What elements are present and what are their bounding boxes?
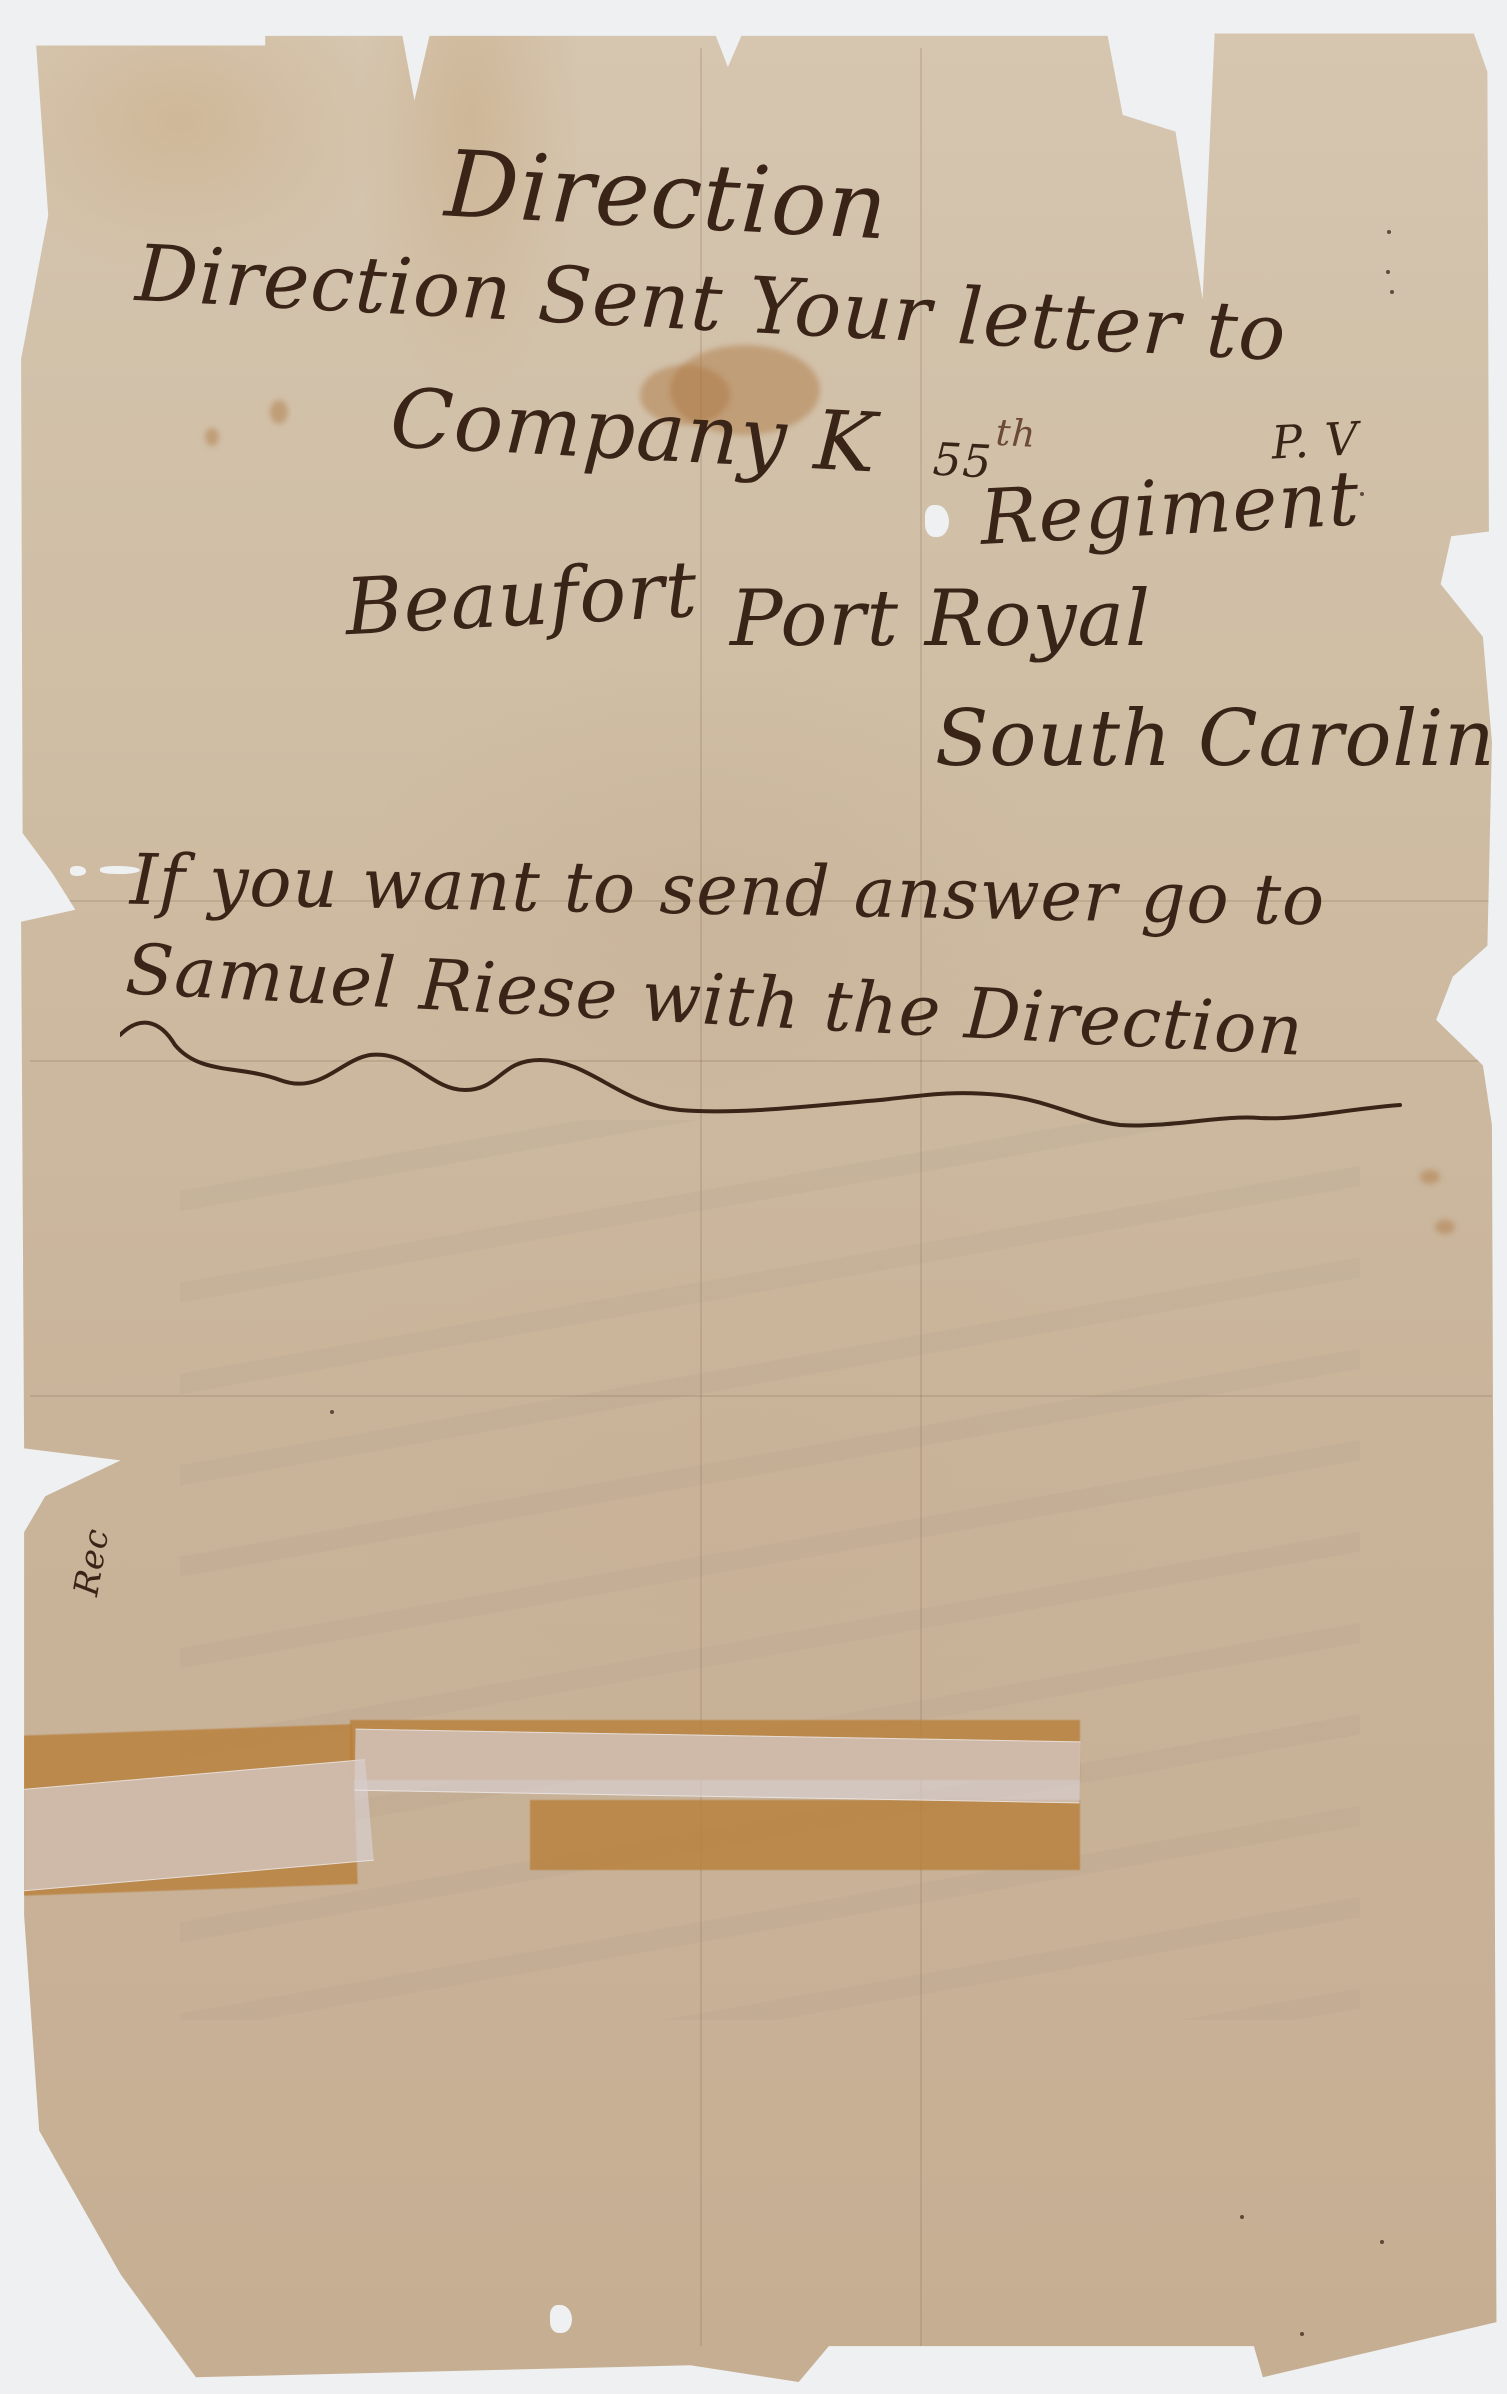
stain-spot [270,400,288,424]
ink-speck [1386,270,1390,274]
wavy-underline [120,1020,1420,1130]
heading-direction: Direction [443,138,890,253]
ink-speck [1380,2240,1384,2244]
ordinal-suffix: th [995,411,1038,456]
ink-speck [1240,2215,1244,2219]
regiment-abbreviation: P. V [1270,412,1360,469]
ink-bleed-through [180,1120,1360,2020]
line-beaufort: Beaufort [343,551,699,647]
line-port-royal: Port Royal [730,580,1151,658]
paper-hole [70,866,86,876]
ink-speck [330,1410,334,1414]
ink-speck [1390,290,1394,294]
stain-spot [205,428,219,446]
paper-hole [925,505,949,537]
line-if-you-want: If you want to send answer go to [129,845,1325,936]
ink-speck [1300,2332,1304,2336]
document-scan: Direction Direction Sent Your letter to … [0,0,1507,2394]
margin-note: Rec [69,1526,114,1599]
line-company: Company K 55th [388,378,1037,494]
ink-speck [1387,230,1391,234]
stain-spot [1435,1220,1455,1234]
line-south-carolina: South Carolina [935,700,1507,778]
regiment-word: Regiment [978,453,1362,562]
brown-paper-tape [530,1800,1080,1870]
paper-hole [550,2305,572,2333]
stain-spot [1420,1170,1440,1184]
paper-sheet: Direction Direction Sent Your letter to … [0,0,1507,2394]
line-regiment: Regiment P. V [978,460,1364,556]
clear-tape [355,1729,1081,1804]
